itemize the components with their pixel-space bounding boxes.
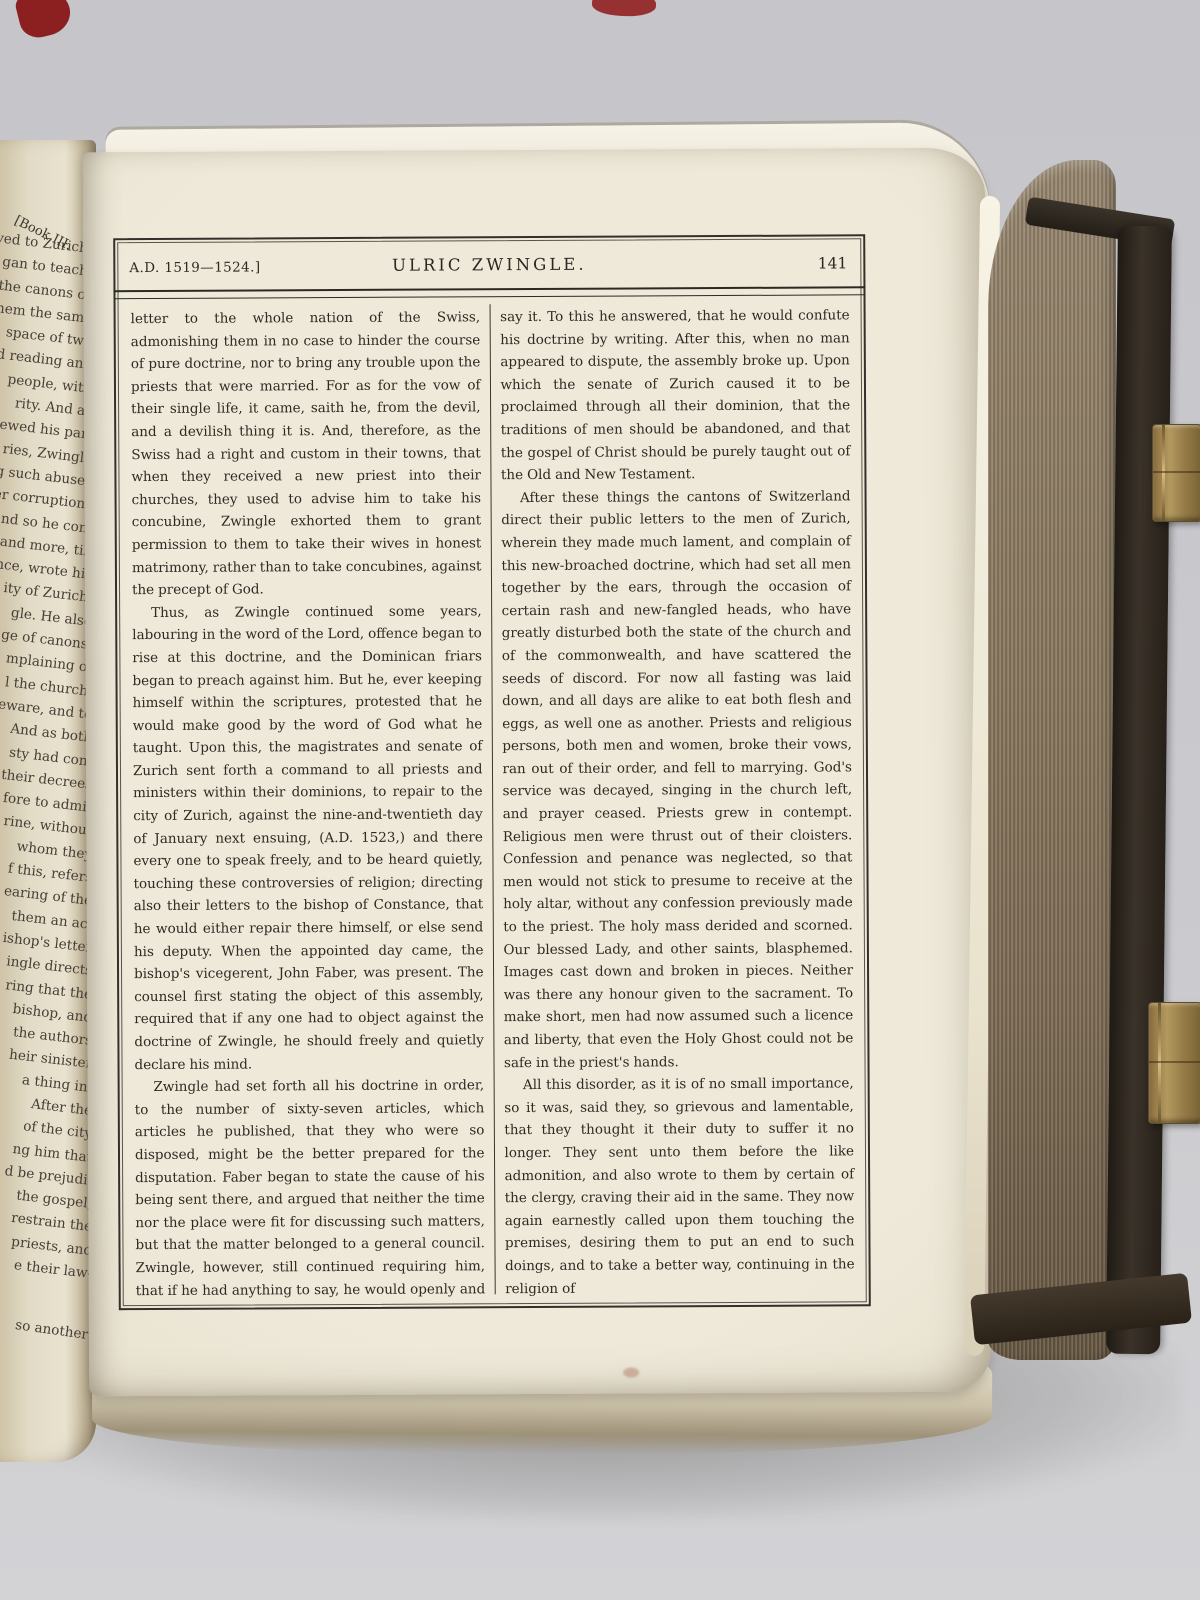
- paragraph: After these things the cantons of Switze…: [501, 485, 854, 1074]
- page-stain: [623, 1367, 639, 1377]
- running-head-title: ULRIC ZWINGLE.: [127, 253, 851, 276]
- background-object-red: [13, 0, 75, 42]
- photo-scene: [Book III. ved to Zurich,gan to teach,th…: [0, 0, 1200, 1600]
- paragraph: Zwingle had set forth all his doctrine i…: [135, 1074, 486, 1300]
- paragraph: All this disorder, as it is of no small …: [504, 1073, 855, 1301]
- facing-page-text-fragment: so another: [14, 1317, 89, 1343]
- running-head: A.D. 1519—1524.] ULRIC ZWINGLE. 141: [127, 244, 851, 286]
- book-cover-edge: [1106, 226, 1172, 1355]
- paragraph: Thus, as Zwingle continued some years, l…: [132, 600, 484, 1076]
- facing-page-edge: [Book III. ved to Zurich,gan to teach,th…: [0, 140, 96, 1462]
- text-column-right: say it. To this he answered, that he wou…: [490, 300, 857, 1298]
- page-block-fore-edge: [988, 160, 1116, 1360]
- book-page: A.D. 1519—1524.] ULRIC ZWINGLE. 141 lett…: [83, 148, 992, 1397]
- paragraph: say it. To this he answered, that he wou…: [500, 304, 850, 487]
- running-head-rule: [113, 286, 865, 299]
- brass-clasp-top: [1152, 424, 1200, 522]
- text-columns: letter to the whole nation of the Swiss,…: [128, 300, 857, 1300]
- paragraph: letter to the whole nation of the Swiss,…: [131, 306, 482, 602]
- page-border-frame: A.D. 1519—1524.] ULRIC ZWINGLE. 141 lett…: [113, 234, 871, 1310]
- text-column-left: letter to the whole nation of the Swiss,…: [128, 302, 495, 1300]
- page-number: 141: [818, 254, 848, 272]
- facing-page-text-fragments: ved to Zurich,gan to teach,the canons or…: [0, 238, 92, 1286]
- brass-clasp-bottom: [1148, 1002, 1200, 1124]
- background-object-red: [592, 0, 657, 17]
